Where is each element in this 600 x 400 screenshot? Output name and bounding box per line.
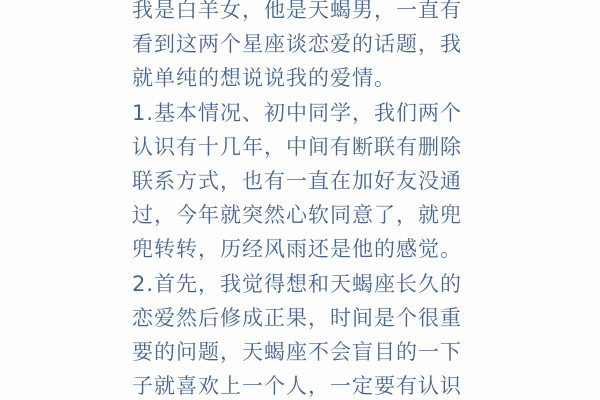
text-line-12: 子就喜欢上一个人，一定要有认识 (132, 369, 477, 400)
text-line-9: 2.首先，我觉得想和天蝎座长久的 (132, 267, 477, 301)
text-line-4: 1.基本情况、初中同学，我们两个 (132, 96, 477, 130)
text-line-3: 就单纯的想说说我的爱情。 (132, 61, 477, 95)
text-line-1: 我是白羊女，他是天蝎男，一直有 (132, 0, 477, 27)
article-text-block: 我是白羊女，他是天蝎男，一直有 看到这两个星座谈恋爱的话题，我 就单纯的想说说我… (132, 0, 477, 400)
text-line-11: 要的问题，天蝎座不会盲目的一下 (132, 335, 477, 369)
article-page: 我是白羊女，他是天蝎男，一直有 看到这两个星座谈恋爱的话题，我 就单纯的想说说我… (0, 0, 600, 400)
text-line-7: 过，今年就突然心软同意了，就兜 (132, 198, 477, 232)
text-line-6: 联系方式，也有一直在加好友没通 (132, 164, 477, 198)
text-line-2: 看到这两个星座谈恋爱的话题，我 (132, 27, 477, 61)
text-line-5: 认识有十几年，中间有断联有删除 (132, 130, 477, 164)
text-line-10: 恋爱然后修成正果，时间是个很重 (132, 301, 477, 335)
text-line-8: 兜转转，历经风雨还是他的感觉。 (132, 232, 477, 266)
